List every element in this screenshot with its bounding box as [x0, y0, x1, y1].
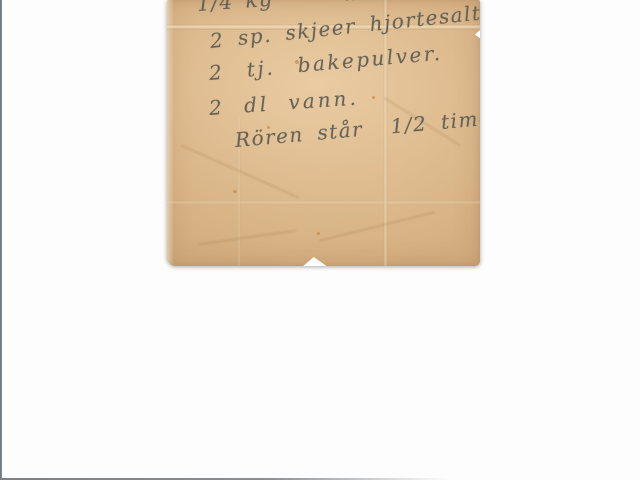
handwritten-line-flour: 1/4 kg mel [196, 0, 386, 14]
foxing-spot [317, 232, 320, 235]
foxing-spot [372, 96, 375, 99]
paper-wrinkle [180, 144, 300, 200]
torn-notch-bottom [302, 257, 328, 266]
paper-wrinkle [197, 229, 296, 246]
paper-wrinkle [318, 211, 435, 243]
fold-crease-horizontal-lower [167, 200, 480, 205]
handwritten-line-water: 2 dl vann. [208, 88, 359, 118]
foxing-spot [233, 190, 237, 193]
torn-notch-right [475, 29, 480, 39]
scanner-edge-left [0, 0, 2, 480]
scanned-document-background: 1/4 kg mel 2 sp. skjeer hjortesalt 2 tj.… [0, 0, 640, 480]
paper-edge-highlight [167, 0, 174, 266]
recipe-note-paper: 1/4 kg mel 2 sp. skjeer hjortesalt 2 tj.… [167, 0, 480, 266]
